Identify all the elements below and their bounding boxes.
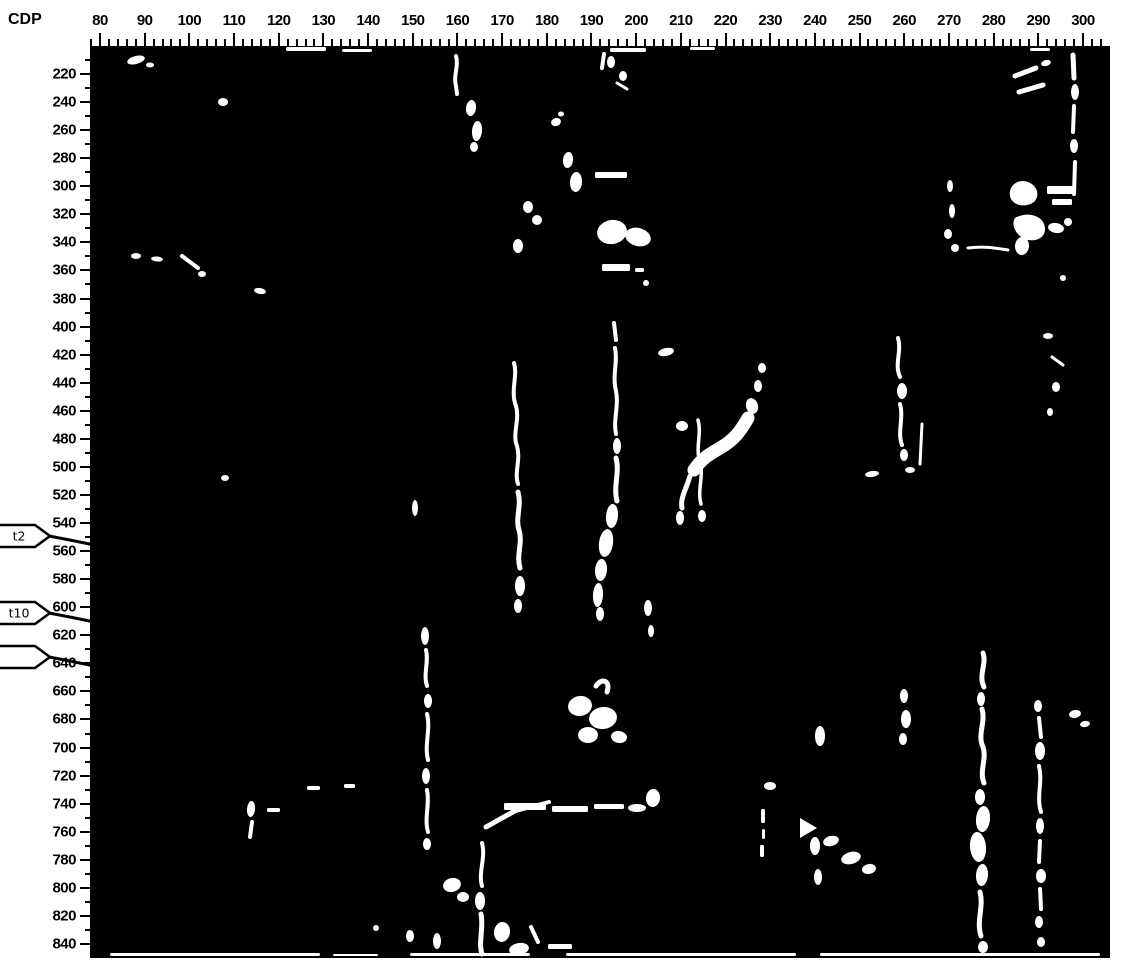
y-major-tick: [80, 915, 90, 917]
seismic-event: [426, 650, 427, 686]
y-major-tick: [80, 606, 90, 608]
y-major-tick: [80, 354, 90, 356]
x-minor-tick: [385, 39, 387, 46]
seismic-event: [465, 99, 477, 116]
horizon-flag-label: t2: [13, 529, 26, 544]
seismic-event: [840, 850, 862, 867]
x-minor-tick: [108, 39, 110, 46]
y-tick-label: 760: [30, 823, 76, 840]
x-minor-tick: [153, 39, 155, 46]
y-tick-label: 480: [30, 430, 76, 447]
x-minor-tick: [215, 39, 217, 46]
x-minor-tick: [733, 39, 735, 46]
x-minor-tick: [885, 39, 887, 46]
seismic-event: [762, 829, 765, 839]
seismic-event: [1034, 700, 1042, 712]
seismic-event: [594, 804, 624, 809]
x-minor-tick: [894, 39, 896, 46]
seismic-event: [1030, 48, 1050, 51]
y-major-tick: [80, 831, 90, 833]
seismic-event: [1073, 106, 1074, 132]
y-major-tick: [80, 466, 90, 468]
x-minor-tick: [430, 39, 432, 46]
seismic-event: [594, 559, 608, 582]
x-minor-tick: [876, 39, 878, 46]
x-minor-tick: [966, 39, 968, 46]
x-tick-label: 110: [223, 12, 246, 29]
x-tick-label: 100: [178, 12, 202, 29]
seismic-event: [815, 726, 825, 746]
y-major-tick: [80, 73, 90, 75]
x-tick-label: 80: [92, 12, 108, 29]
x-minor-tick: [841, 39, 843, 46]
x-major-tick: [456, 33, 458, 46]
x-minor-tick: [510, 39, 512, 46]
x-minor-tick: [421, 39, 423, 46]
x-minor-tick: [269, 39, 271, 46]
seismic-event: [616, 458, 618, 501]
seismic-event: [221, 475, 229, 481]
seismic-event: [968, 247, 1008, 250]
seismic-event: [531, 927, 538, 942]
x-minor-tick: [439, 39, 441, 46]
seismic-event: [1019, 85, 1043, 92]
seismic-event: [944, 229, 952, 239]
x-minor-tick: [376, 39, 378, 46]
x-minor-tick: [805, 39, 807, 46]
y-major-tick: [80, 129, 90, 131]
seismic-event: [1036, 818, 1044, 834]
y-tick-label: 680: [30, 711, 76, 728]
seismic-event: [373, 925, 379, 931]
seismic-event: [615, 348, 617, 434]
seismic-event: [694, 418, 748, 470]
x-major-tick: [501, 33, 503, 46]
seismic-event: [901, 710, 911, 728]
x-minor-tick: [340, 39, 342, 46]
seismic-event: [822, 834, 840, 848]
x-minor-tick: [564, 39, 566, 46]
x-minor-tick: [162, 39, 164, 46]
seismic-event: [951, 244, 959, 252]
y-major-tick: [80, 298, 90, 300]
seismic-event: [548, 944, 572, 949]
seismic-event: [617, 83, 627, 89]
x-minor-tick: [197, 39, 199, 46]
y-tick-label: 220: [30, 66, 76, 83]
seismic-event: [406, 930, 414, 942]
seismic-event: [900, 689, 908, 703]
x-minor-tick: [465, 39, 467, 46]
seismic-event: [558, 112, 564, 117]
seismic-event: [131, 253, 141, 259]
seismic-event: [602, 54, 604, 68]
seismic-event: [978, 941, 988, 953]
x-minor-tick: [179, 39, 181, 46]
y-tick-label: 580: [30, 571, 76, 588]
seismic-event: [810, 837, 820, 855]
seismic-event: [151, 256, 163, 262]
x-minor-tick: [644, 39, 646, 46]
x-tick-label: 90: [137, 12, 153, 29]
seismic-event: [422, 768, 430, 784]
x-minor-tick: [260, 39, 262, 46]
seismic-event: [1040, 889, 1041, 909]
seismic-event: [1047, 186, 1075, 194]
seismic-event: [800, 818, 817, 838]
x-tick-label: 260: [892, 12, 916, 29]
seismic-event: [267, 808, 280, 812]
seismic-event: [596, 607, 604, 621]
seismic-event: [899, 733, 907, 745]
y-major-tick: [80, 326, 90, 328]
y-tick-label: 360: [30, 262, 76, 279]
seismic-event: [471, 121, 483, 142]
x-minor-tick: [823, 39, 825, 46]
x-minor-tick: [483, 39, 485, 46]
y-major-tick: [80, 185, 90, 187]
seismic-event: [1035, 916, 1043, 928]
seismic-event: [562, 152, 574, 169]
seismic-event: [595, 218, 629, 247]
x-minor-tick: [305, 39, 307, 46]
x-minor-tick: [1100, 39, 1102, 46]
seismic-event: [628, 804, 646, 812]
x-minor-tick: [403, 39, 405, 46]
x-major-tick: [590, 33, 592, 46]
seismic-event: [470, 142, 478, 152]
y-tick-label: 720: [30, 767, 76, 784]
x-minor-tick: [555, 39, 557, 46]
y-tick-label: 420: [30, 346, 76, 363]
x-minor-tick: [1091, 39, 1093, 46]
x-minor-tick: [608, 39, 610, 46]
x-minor-tick: [170, 39, 172, 46]
seismic-event: [1052, 199, 1072, 205]
seismic-event: [126, 54, 145, 66]
seismic-event: [949, 204, 955, 218]
y-major-tick: [80, 494, 90, 496]
seismic-event: [423, 838, 431, 850]
x-minor-tick: [492, 39, 494, 46]
x-minor-tick: [117, 39, 119, 46]
x-tick-label: 230: [758, 12, 782, 29]
x-major-tick: [814, 33, 816, 46]
x-major-tick: [233, 33, 235, 46]
seismic-event: [254, 287, 267, 295]
y-major-tick: [80, 718, 90, 720]
seismic-event: [514, 599, 522, 613]
seismic-event: [975, 805, 991, 832]
x-tick-label: 270: [937, 12, 961, 29]
seismic-event: [342, 49, 372, 52]
seismic-event: [1070, 139, 1078, 153]
y-tick-label: 300: [30, 178, 76, 195]
seismic-event: [905, 467, 915, 473]
seismic-event: [1010, 181, 1038, 205]
seismic-event: [182, 256, 198, 268]
seismic-event: [754, 380, 762, 392]
x-minor-tick: [582, 39, 584, 46]
seismic-event: [605, 504, 619, 529]
y-tick-label: 620: [30, 627, 76, 644]
x-minor-tick: [394, 39, 396, 46]
x-major-tick: [367, 33, 369, 46]
x-major-tick: [948, 33, 950, 46]
x-minor-tick: [698, 39, 700, 46]
y-tick-label: 260: [30, 122, 76, 139]
x-minor-tick: [206, 39, 208, 46]
x-minor-tick: [537, 39, 539, 46]
x-minor-tick: [599, 39, 601, 46]
seismic-event: [607, 56, 615, 68]
y-major-tick: [80, 522, 90, 524]
seismic-image: [90, 46, 1110, 958]
x-minor-tick: [689, 39, 691, 46]
y-major-tick: [80, 775, 90, 777]
seismic-event: [218, 98, 228, 106]
seismic-event: [979, 892, 981, 936]
x-minor-tick: [671, 39, 673, 46]
seismic-event: [569, 172, 582, 193]
x-tick-label: 160: [446, 12, 470, 29]
seismic-event: [457, 892, 469, 902]
x-minor-tick: [653, 39, 655, 46]
y-major-tick: [80, 943, 90, 945]
seismic-event: [1043, 333, 1053, 339]
x-minor-tick: [287, 39, 289, 46]
x-minor-tick: [850, 39, 852, 46]
seismic-event: [635, 268, 644, 272]
seismic-event: [566, 953, 796, 956]
seismic-event: [648, 625, 654, 637]
seismic-event: [645, 788, 661, 807]
x-minor-tick: [921, 39, 923, 46]
seismic-event: [969, 831, 988, 862]
x-minor-tick: [760, 39, 762, 46]
x-minor-tick: [832, 39, 834, 46]
seismic-event: [246, 801, 255, 818]
seismic-event: [344, 784, 355, 788]
y-major-tick: [80, 438, 90, 440]
x-major-tick: [903, 33, 905, 46]
y-tick-label: 820: [30, 907, 76, 924]
seismic-event: [898, 338, 900, 377]
y-tick-label: 840: [30, 935, 76, 952]
y-major-tick: [80, 382, 90, 384]
x-major-tick: [144, 33, 146, 46]
y-tick-label: 560: [30, 543, 76, 560]
seismic-event: [1080, 720, 1091, 728]
x-major-tick: [1037, 33, 1039, 46]
y-tick-label: 500: [30, 458, 76, 475]
seismic-event: [595, 172, 627, 178]
x-tick-label: 250: [848, 12, 872, 29]
seismic-event: [676, 511, 684, 525]
seismic-event: [1068, 709, 1081, 719]
x-minor-tick: [778, 39, 780, 46]
seismic-event: [1064, 218, 1072, 226]
seismic-event: [619, 71, 627, 81]
seismic-event: [897, 383, 907, 399]
seismic-event: [861, 863, 877, 875]
seismic-event: [550, 117, 562, 128]
seismic-event: [198, 271, 206, 277]
x-tick-label: 150: [401, 12, 425, 29]
seismic-event: [1039, 766, 1041, 812]
x-minor-tick: [358, 39, 360, 46]
x-minor-tick: [912, 39, 914, 46]
seismic-event: [643, 280, 649, 286]
seismic-event: [820, 953, 1100, 956]
seismic-event: [644, 600, 652, 616]
x-tick-label: 180: [535, 12, 559, 29]
seismic-event: [760, 845, 764, 857]
seismic-event: [981, 709, 984, 783]
seismic-event: [307, 786, 320, 790]
x-minor-tick: [519, 39, 521, 46]
x-tick-label: 120: [267, 12, 291, 29]
seismic-event: [441, 876, 462, 894]
y-major-tick: [80, 410, 90, 412]
seismic-event: [1040, 59, 1051, 67]
seismic-event: [1039, 718, 1041, 737]
seismic-event: [1035, 742, 1045, 760]
x-tick-label: 220: [714, 12, 738, 29]
x-minor-tick: [984, 39, 986, 46]
x-tick-label: 240: [803, 12, 827, 29]
seismic-event: [578, 727, 598, 743]
y-major-tick: [80, 747, 90, 749]
seismic-event: [920, 424, 922, 464]
seismic-event: [475, 892, 485, 910]
seismic-event: [614, 323, 616, 340]
x-minor-tick: [126, 39, 128, 46]
horizon-flag-label: t10: [9, 606, 30, 621]
seismic-event: [481, 843, 483, 886]
x-minor-tick: [707, 39, 709, 46]
x-major-tick: [546, 33, 548, 46]
x-minor-tick: [296, 39, 298, 46]
x-minor-tick: [939, 39, 941, 46]
x-minor-tick: [474, 39, 476, 46]
seismic-event: [613, 438, 621, 454]
y-tick-label: 280: [30, 150, 76, 167]
x-minor-tick: [867, 39, 869, 46]
seismic-event: [412, 500, 418, 516]
y-major-tick: [80, 101, 90, 103]
seismic-event: [1060, 275, 1066, 281]
y-major-tick: [80, 634, 90, 636]
seismic-event: [975, 864, 989, 887]
seismic-event: [1015, 68, 1036, 76]
y-tick-label: 520: [30, 486, 76, 503]
seismic-event: [814, 869, 822, 885]
x-minor-tick: [787, 39, 789, 46]
seismic-event: [532, 215, 542, 225]
x-minor-tick: [1002, 39, 1004, 46]
seismic-event: [588, 705, 619, 731]
x-major-tick: [412, 33, 414, 46]
seismic-event: [682, 476, 690, 508]
seismic-event: [1052, 357, 1063, 365]
y-tick-label: 460: [30, 402, 76, 419]
seismic-event: [146, 63, 154, 68]
x-major-tick: [1082, 33, 1084, 46]
x-minor-tick: [742, 39, 744, 46]
x-minor-tick: [135, 39, 137, 46]
seismic-event: [900, 449, 908, 461]
seismic-event: [427, 790, 428, 832]
seismic-event: [1036, 869, 1046, 883]
x-major-tick: [278, 33, 280, 46]
seismic-event: [623, 225, 653, 249]
seismic-plot-canvas: [90, 46, 1110, 958]
y-tick-label: 380: [30, 290, 76, 307]
seismic-event: [865, 470, 880, 478]
y-tick-label: 600: [30, 599, 76, 616]
x-major-tick: [725, 33, 727, 46]
x-minor-tick: [349, 39, 351, 46]
y-tick-label: 800: [30, 879, 76, 896]
seismic-event: [250, 822, 252, 837]
seismic-section-figure: CDP 809010011012013014015016017018019020…: [0, 0, 1123, 971]
y-major-tick: [80, 803, 90, 805]
x-minor-tick: [242, 39, 244, 46]
x-axis-title: CDP: [8, 11, 58, 29]
x-minor-tick: [313, 39, 315, 46]
seismic-event: [610, 730, 628, 745]
seismic-event: [433, 933, 441, 949]
seismic-event: [1039, 841, 1040, 862]
seismic-event: [597, 528, 615, 558]
seismic-event: [900, 404, 902, 445]
seismic-event: [513, 239, 523, 253]
x-minor-tick: [528, 39, 530, 46]
seismic-event: [657, 346, 674, 357]
x-minor-tick: [617, 39, 619, 46]
y-major-tick: [80, 241, 90, 243]
seismic-event: [977, 692, 985, 706]
x-minor-tick: [662, 39, 664, 46]
x-tick-label: 280: [982, 12, 1006, 29]
seismic-event: [333, 954, 378, 956]
seismic-event: [592, 583, 603, 607]
seismic-event: [602, 264, 630, 271]
seismic-event: [427, 714, 429, 760]
x-minor-tick: [930, 39, 932, 46]
x-tick-label: 290: [1027, 12, 1051, 29]
seismic-event: [698, 510, 706, 522]
x-minor-tick: [573, 39, 575, 46]
seismic-event: [1071, 84, 1079, 100]
seismic-event: [518, 492, 521, 568]
x-tick-label: 210: [669, 12, 693, 29]
x-tick-label: 200: [624, 12, 648, 29]
x-tick-label: 300: [1071, 12, 1095, 29]
x-tick-label: 170: [490, 12, 514, 29]
x-tick-label: 140: [356, 12, 380, 29]
seismic-event: [1047, 408, 1053, 416]
seismic-event: [690, 47, 715, 50]
seismic-event: [421, 627, 429, 645]
y-tick-label: 780: [30, 851, 76, 868]
y-major-tick: [80, 550, 90, 552]
y-tick-label: 740: [30, 795, 76, 812]
x-major-tick: [680, 33, 682, 46]
y-major-tick: [80, 690, 90, 692]
x-minor-tick: [331, 39, 333, 46]
